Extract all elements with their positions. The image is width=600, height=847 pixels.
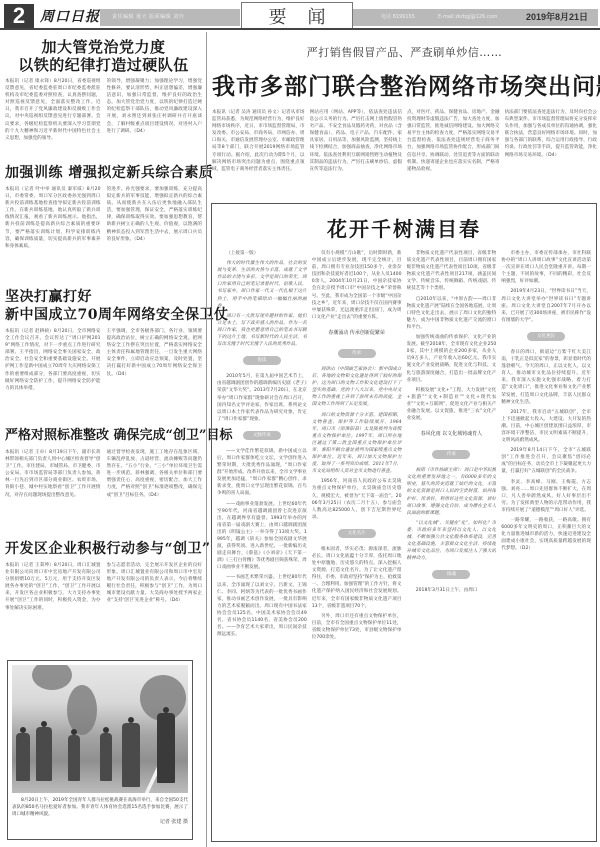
story-recruit-training: 加强训练 增强拟定新兵综合素质 本报讯（记者 叶中举 通讯员 秦军威）8月20日… <box>5 164 202 278</box>
story-body-col: 王平强调，全市各级各部门、各行业、领域要提高政治站位，树立正确的网络安全观。把网… <box>107 328 203 410</box>
feature-paragraph: 加强传统戏曲的传承保护、文化产业的发展。截至2018年，全市现有文化企业2500… <box>407 334 497 384</box>
feature-title: 花开千树满目春 <box>217 213 591 242</box>
lead-body-col: 网站应用（网站、APP等），依法查处违法信息公示义务的行为。严厉打击网上销售假冒… <box>310 109 403 209</box>
feature-paragraph: 2019年8月14日下午，全市“五城联创”工作推进会召开，会议聚焦“创同必成”的… <box>501 447 591 475</box>
feature-paragraph: 周口的文物资源十分丰富。建国初期，文物普查、保护等工作陆续展开，1964年，周口… <box>312 412 402 476</box>
story-body-col: 本报讯（记者 赵耕硕）8月20日，全市网络安全工作会议召开。会议传达了“周口护网… <box>5 328 101 410</box>
column-divider <box>206 32 207 847</box>
page-number: 2 <box>4 4 34 28</box>
story-cyber-security: 坚决打赢打好 新中国成立70周年网络安全保卫仗 本报讯（记者 赵耕硕）8月20日… <box>5 288 202 410</box>
feature-paragraph: 2017年，我市启动“五城联创”，全市上下迅速掀起大投入、大建设、大开发的热潮。… <box>501 409 591 444</box>
story-body-col: 本报讯（记者 叶中举 通讯员 秦军威）8月20日，市委常委、周口军分区政委孙光强… <box>5 186 101 278</box>
story-body-col: 参与志愿者活动，完全展示开发区企业的良好形象。周口汇城置业有限公司和周口市中宏房… <box>107 562 203 648</box>
issue-date: 2019年8月21日 <box>526 9 588 26</box>
feature-paragraph: 1956年，河南省人民政府公布太昊陵为重点文物保护单位，太昊陵庙会历史悠久，规模… <box>312 478 402 521</box>
marathon-photo <box>12 665 188 793</box>
section-pill-label: 铸魂 <box>432 570 470 579</box>
story-sanitation-rectify: 严格对照标准整改 确保完成“创卫”目标 本报讯（记者 王卓）8月19日下午，副市… <box>5 427 202 531</box>
spectator-figure <box>157 713 175 783</box>
headline: 严格对照标准整改 确保完成“创卫”目标 <box>5 427 202 445</box>
tree-shape <box>32 665 72 690</box>
feature-paragraph: 市委主办，市委宣传部承办，市社科联协办的“周口人讲周口故事”文化宣讲活动第一次宣… <box>501 250 591 285</box>
feature-paragraph: 积极发展“文化+”工程，大力发展“文化+旅游”“文化+制造业”“文化+现代农业”… <box>407 387 497 422</box>
tree-shape <box>67 685 97 735</box>
photo-credit: 记者 张建 摄 <box>12 818 188 825</box>
runner-figure <box>36 727 52 781</box>
story-body-col: 通过督导检查发现，施工工地存在乱象区域，车辆乱停乱放、占道经营、流动摊贩等问题仍… <box>107 449 203 531</box>
runner-figure <box>16 733 30 781</box>
section-pill-label: 传承 <box>432 450 470 459</box>
subsection-heading: 春风化雨 以文化城铸魂育人 <box>407 430 497 437</box>
story-body-col: 的领导，增强凝聚力；加强理论学习，增强党性修养，要认清形势，纠正思想偏差，增强廉… <box>107 78 203 150</box>
feature-paragraph: 仅有小规模“刀山歌”，后时期时新，新中国成立后逐步发展，现不完全统计，目前，周口… <box>312 250 402 321</box>
feature-paragraph: 2018年3月31日上午，由周口 <box>407 587 497 594</box>
masthead: 2 周口日报 责任编辑 聂天 版面编辑 刘玲 要 闻 电话 8199155 E-… <box>0 0 600 30</box>
feature-paragraph: 春日的周口，街道边“万紫千红大美江南，干乳正是似沉家”的春景，彰显着时代的蓬勃朝… <box>501 349 591 406</box>
feature-paragraph: 根本固者，华实必茂；源浚深者，流脉必长。周口文化底蕴十分丰厚，依托周口地处中原腹… <box>312 546 402 610</box>
section-pill-label: 文脉传承 <box>243 431 281 440</box>
paper-logo: 周口日报 <box>40 6 100 26</box>
story-body-col: 本报讯（记者 康永锋）8月20日，省委巡视组反馈意见，省纪委监委驻周口市纪委监委… <box>5 78 101 150</box>
headline: 加强训练 增强拟定新兵综合素质 <box>5 164 202 182</box>
section-char-1: 要 <box>269 3 287 29</box>
subsection-heading: 春潮涌动 传承创新促繁荣 <box>312 329 402 336</box>
runner-figure <box>68 735 80 781</box>
headline: 坚决打赢打好 新中国成立70周年网络安全保卫仗 <box>5 288 202 324</box>
feature-paragraph: 李灵、李高峰、马刚、王梅霞、方志强、刘亮……周口先进群体不断扩大，在周口，凡人善… <box>501 479 591 514</box>
feature-box: 花开千树满目春 （上接第一版）伟大的时代催生伟大的作品，社会的发展与变革、生活的… <box>211 203 597 842</box>
feature-paragraph: 一路荣耀，一路收获，一路高歌。拥有6000多年文明史的周口，正积蓄巨大的文化力量… <box>501 517 591 552</box>
photo-caption: 8月20日上午，2019年全国青年人群马拉松挑战赛在高海市举行，来自全国50支代… <box>12 797 188 818</box>
feature-paragraph: “以文化城”，关键在“化”。如何化？市委、市政府多年来坚持以文化人、以文化城，不… <box>407 520 497 563</box>
feature-paragraph: 杨雨（市作协副主席）：周口是中华民族文化的重要发祥地之一，有6000多年的文明史… <box>407 467 497 517</box>
lead-body-col: 执法部门要依法查处违法行为，及时向社会公布典型案件。市市场监督管理局将充分发挥牵… <box>505 109 598 209</box>
feature-paragraph: 伟大的时代催生伟大的作品，社会的发展与变革、生活的火热与丰富，成就了文学作品的丰… <box>217 260 307 310</box>
section-pill-label: 传承 <box>338 349 376 358</box>
runner-figure <box>122 723 140 787</box>
story-body-col: 本报讯（记者 王卓）8月19日下午，副市长蒋林带领相关部门负责人到中心城区检查督… <box>5 449 101 531</box>
feature-paragraph: 周口有一大批写现实题材的作家，他们立足本土，写下真实感人的作品。作为一名周口作家… <box>217 313 307 348</box>
section-pill-label: 文化惠民 <box>527 332 565 341</box>
feature-column: 非物质文化遗产代表性项目，省级非物质文化遗产代表性项目，目前周口拥有国家级非物质… <box>407 250 497 840</box>
email-text: E-mail zkrbgj@126.com <box>438 9 497 26</box>
headline: 加大管党治党力度 以铁的纪律打造过硬队伍 <box>5 38 202 74</box>
phone-text: 电话 8199155 <box>381 9 415 26</box>
photo-box: 8月20日上午，2019年全国青年人群马拉松挑战赛在高海市举行，来自全国50支代… <box>7 660 193 840</box>
info-band: 电话 8199155 E-mail zkrbgj@126.com 2019年8月… <box>353 9 598 26</box>
feature-paragraph: 2010年5月，在第九届中国艺术节上，由省越调剧团创作的越调新编历史剧《老子》荣… <box>217 373 307 423</box>
section-title: 要 闻 <box>241 2 353 29</box>
feature-paragraph: 另外，周口市还有重点文物保护单位，目前，全市有全国重点文物保护单位11处，省级文… <box>312 613 402 641</box>
section-char-2: 闻 <box>308 3 326 29</box>
feature-column: （上接第一版）伟大的时代催生伟大的作品，社会的发展与变革、生活的火热与丰富，成就… <box>217 250 307 840</box>
lead-body-col: 点，对医疗、药品、保健食品、房地产、金融投资理财等虚假违法广告，加大查处力度，加… <box>407 109 500 209</box>
feature-paragraph: 周讲山（中国曲艺家协会）：新中国成立后，各地的文物和文化遗址得到了较好的保护，这… <box>312 366 402 409</box>
feature-paragraph: ——戏曲事业蓬勃发展。上世纪60年代至90年代，河南省越调剧团曾七次进京演出，在… <box>217 501 307 572</box>
lead-headline: 我市多部门联合整治网络市场突出问题 <box>212 68 597 101</box>
section-pill-label: 文化名片 <box>338 529 376 538</box>
feature-paragraph: 2019年4月23日，“世界读书日”当天，周口文化大讲堂举办“世界读书日”专题讲… <box>501 288 591 323</box>
runner-figure <box>100 733 112 781</box>
section-pill-label: 悦读 <box>243 356 281 365</box>
story-discipline: 加大管党治党力度 以铁的纪律打造过硬队伍 本报讯（记者 康永锋）8月20日，省委… <box>5 38 202 150</box>
story-enterprise-sanitation: 开发区企业积极行动参与“创卫” 本报讯（记者 王秉坤）8月20日，周口汇城置业有… <box>5 540 202 648</box>
lead-body-col: 本报讯（记者 吴涛 通讯员 孙文）记者从市场监管局获悉，为规范网络经营行为，维护… <box>212 109 305 209</box>
lead-story: 严打销售假冒产品、严查刷单炒信…… 我市多部门联合整治网络市场突出问题 本报讯（… <box>212 32 597 209</box>
feature-columns: （上接第一版）伟大的时代催生伟大的作品，社会的发展与变革、生活的火热与丰富，成就… <box>217 250 591 840</box>
headline: 开发区企业积极行动参与“创卫” <box>5 540 202 558</box>
story-body-col: 的进步。孙光强要求，要加强训练，充分提高拟定新兵的军事技能，增强拟定新兵的综合素… <box>107 186 203 278</box>
feature-column: 市委主办，市委宣传部承办，市社科联协办的“周口人讲周口故事”文化宣讲活动第一次宣… <box>501 250 591 840</box>
lead-kicker: 严打销售假冒产品、严查刷单炒信…… <box>212 44 597 60</box>
feature-paragraph: 非物质文化遗产代表性项目，省级非物质文化遗产代表性项目，目前周口拥有国家级非物质… <box>407 250 497 293</box>
story-body-col: 本报讯（记者 王秉坤）8月20日，周口汇城置业有限公司向周口市中宏房地产开发有限… <box>5 562 101 648</box>
header-rule <box>0 28 600 30</box>
feature-paragraph: （上接第一版） <box>217 250 307 257</box>
feature-column: 仅有小规模“刀山歌”，后时期时新，新中国成立后逐步发展，现不完全统计，目前，周口… <box>312 250 402 840</box>
editor-band: 责任编辑 聂天 版面编辑 刘玲 <box>100 9 240 26</box>
feature-paragraph: 自2010年以来，“中原古韵——周口非物质文化遗产展”陆续在全国各地巡展，让周口… <box>407 296 497 331</box>
feature-paragraph: ——书画艺术繁荣兴盛。上世纪80年代以来，全市涌现了以刘文守、吕新文、王锦仁、李… <box>217 574 307 638</box>
feature-paragraph: ——文学佳作繁花似锦。新中国成立以后，周口作家群体屹立文坛，文学创作进入繁荣时期… <box>217 448 307 498</box>
